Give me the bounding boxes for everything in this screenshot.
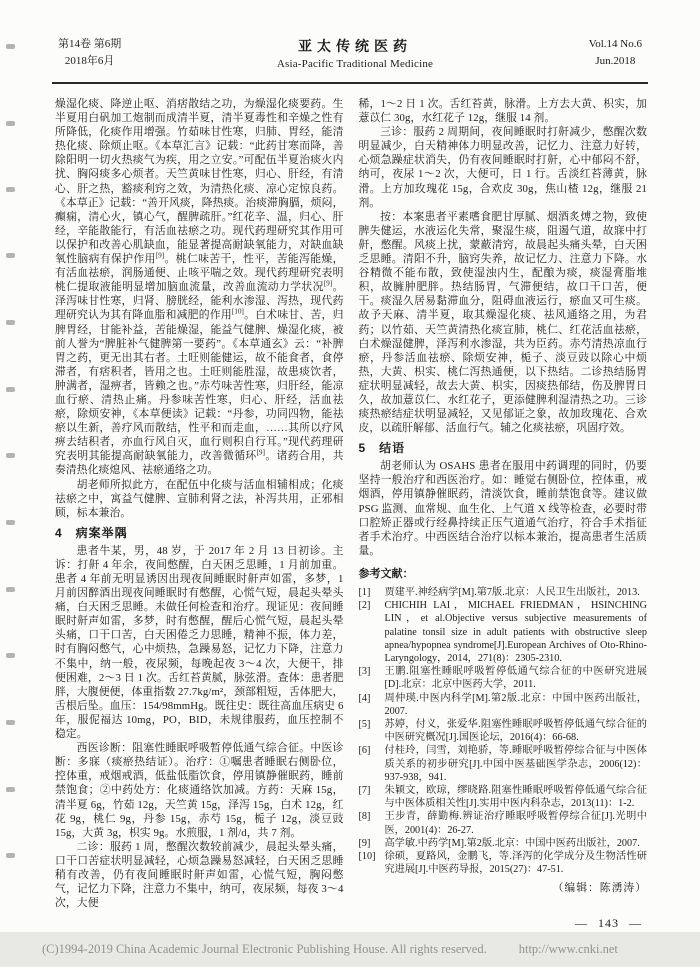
reference-text: 王步青，薛勤梅.辨证治疗睡眠呼吸暂停综合征[J].光明中医，2001(4)：26… — [385, 810, 648, 836]
reference-text: 朱颖文，欧琼，缪晓路.阻塞性睡眠呼吸暂停低通气综合征与中医体质相关性[J].实用… — [385, 784, 648, 810]
section-heading: 4 病案举隅 — [55, 524, 344, 541]
citation-superscript: [10] — [232, 308, 244, 316]
body-paragraph: 燥湿化痰、降逆止呕、消痞散结之功，为燥湿化痰要药。生半夏用白矾加工炮制而成清半夏… — [55, 97, 344, 478]
journal-title-en: Asia-Pacific Traditional Medicine — [277, 58, 433, 70]
scan-artifact — [6, 653, 15, 658]
scan-artifact — [6, 520, 15, 525]
reference-text: 徐硕，夏路风，金鹏飞，等.泽泻的化学成分及生物活性研究进展[J].中医药导报，2… — [385, 850, 648, 876]
scan-artifact — [6, 587, 15, 592]
reference-item: [6]付桂玲，闫雪，刘艳骄，等.睡眠呼吸暂停综合征与中医体质关系的初步研究[J]… — [359, 744, 648, 784]
citation-superscript: [9] — [257, 449, 265, 457]
reference-item: [2]CHICHIH LAI，MICHAEL FRIEDMAN，HSINCHIN… — [359, 599, 648, 665]
journal-title-cn: 亚太传统医药 — [277, 36, 433, 56]
reference-label: [9] — [359, 837, 385, 850]
reference-label: [8] — [359, 810, 385, 836]
scan-artifact — [6, 121, 15, 126]
header-rule — [52, 82, 648, 84]
page-number-block: — 143 — — [575, 916, 642, 931]
references-heading: 参考文献： — [359, 565, 648, 581]
header-title-block: 亚太传统医药 Asia-Pacific Traditional Medicine — [277, 36, 433, 70]
footer-bar: (C)1994-2019 China Academic Journal Elec… — [0, 932, 700, 967]
body-paragraph: 胡老师所拟此方，在配伍中化痰与活血相辅相成；化痰祛瘀之中，寓益气健脾、宣肺利肾之… — [55, 478, 344, 520]
reference-label: [1] — [359, 586, 385, 599]
scan-artifact — [6, 453, 15, 458]
scan-artifact — [6, 253, 15, 258]
header-vol-block: Vol.14 No.6 Jun.2018 — [589, 36, 642, 70]
scan-artifact — [6, 787, 15, 792]
editor-note: （编辑：陈湧涛） — [359, 880, 648, 895]
scan-artifact — [6, 720, 15, 725]
reference-item: [3]王鹏.阻塞性睡眠呼吸暂停低通气综合征的中医研究进展[D].北京：北京中医药… — [359, 665, 648, 691]
scan-artifact — [6, 44, 15, 49]
reference-label: [7] — [359, 784, 385, 810]
reference-label: [5] — [359, 718, 385, 744]
page-number: 143 — [598, 916, 619, 931]
cnki-url: http://www.cnki.net — [519, 942, 618, 957]
page-number-dash: — — [629, 916, 642, 931]
reference-item: [8]王步青，薛勤梅.辨证治疗睡眠呼吸暂停综合征[J].光明中医，2001(4)… — [359, 810, 648, 836]
section-heading: 5 结语 — [359, 439, 648, 456]
issue-date-en: Jun.2018 — [589, 53, 642, 70]
reference-text: 王鹏.阻塞性睡眠呼吸暂停低通气综合征的中医研究进展[D].北京：北京中医药大学，… — [385, 665, 648, 691]
reference-label: [6] — [359, 744, 385, 784]
article-body: 燥湿化痰、降逆止呕、消痞散结之功，为燥湿化痰要药。生半夏用白矾加工炮制而成清半夏… — [55, 97, 647, 910]
body-paragraph: 胡老师认为 OSAHS 患者在服用中药调理的同时，仍要坚持一般治疗和西医治疗。如… — [359, 459, 648, 558]
body-paragraph: 西医诊断：阻塞性睡眠呼吸暂停低通气综合征。中医诊断：多寐（痰瘀热结证）。治疗：①… — [55, 741, 344, 840]
reference-text: 付桂玲，闫雪，刘艳骄，等.睡眠呼吸暂停综合征与中医体质关系的初步研究[J].中国… — [385, 744, 648, 784]
body-paragraph: 稀，1～2 日 1 次。舌红苔黄，脉滑。上方去大黄、枳实，加薏苡仁 30g，水红… — [359, 97, 648, 125]
reference-label: [2] — [359, 599, 385, 665]
body-paragraph: 二诊：服药 1 周，憋醒次数较前减少，晨起头晕头痛，口干口苦症状明显减轻，心烦急… — [55, 840, 344, 910]
journal-header: 第14卷 第6期 2018年6月 亚太传统医药 Asia-Pacific Tra… — [58, 36, 642, 70]
reference-label: [3] — [359, 665, 385, 691]
reference-text: 贾建平.神经病学[M].第7版.北京：人民卫生出版社，2013. — [385, 586, 648, 599]
body-paragraph: 患者牛某，男，48 岁，于 2017 年 2 月 13 日初诊。主诉：打鼾 4 … — [55, 544, 344, 741]
page-number-dash: — — [575, 916, 588, 931]
scan-artifact — [6, 853, 15, 858]
reference-item: [7]朱颖文，欧琼，缪晓路.阻塞性睡眠呼吸暂停低通气综合征与中医体质相关性[J]… — [359, 784, 648, 810]
reference-text: 高学敏.中药学[M].第2版.北京：中国中医药出版社，2007. — [385, 837, 648, 850]
scan-artifact — [6, 187, 15, 192]
reference-text: CHICHIH LAI，MICHAEL FRIEDMAN，HSINCHING L… — [385, 599, 648, 665]
reference-text: 苏婷，付义，张爱华.阻塞性睡眠呼吸暂停低通气综合征的中医研究概况[J].国医论坛… — [385, 718, 648, 744]
body-paragraph: 按：本案患者平素嗜食肥甘厚腻、烟酒炙煿之物，致使脾失健运，水液运化失常，聚湿生痰… — [359, 210, 648, 436]
reference-item: [5]苏婷，付义，张爱华.阻塞性睡眠呼吸暂停低通气综合征的中医研究概况[J].国… — [359, 718, 648, 744]
scan-artifact — [6, 387, 15, 392]
reference-item: [9]高学敏.中药学[M].第2版.北京：中国中医药出版社，2007. — [359, 837, 648, 850]
volume-en: Vol.14 No.6 — [589, 36, 642, 53]
citation-superscript: [9] — [156, 251, 164, 259]
scan-artifact — [6, 320, 15, 325]
journal-page: 第14卷 第6期 2018年6月 亚太传统医药 Asia-Pacific Tra… — [0, 0, 700, 967]
copyright-text: (C)1994-2019 China Academic Journal Elec… — [42, 942, 487, 957]
reference-item: [4]周仲瑛.中医内科学[M].第2版.北京：中国中医药出版社，2007. — [359, 692, 648, 718]
reference-item: [1]贾建平.神经病学[M].第7版.北京：人民卫生出版社，2013. — [359, 586, 648, 599]
right-column: 稀，1～2 日 1 次。舌红苔黄，脉滑。上方去大黄、枳实，加薏苡仁 30g，水红… — [359, 97, 648, 910]
volume-issue: 第14卷 第6期 — [58, 36, 121, 53]
reference-label: [10] — [359, 850, 385, 876]
reference-item: [10]徐硕，夏路风，金鹏飞，等.泽泻的化学成分及生物活性研究进展[J].中医药… — [359, 850, 648, 876]
reference-label: [4] — [359, 692, 385, 718]
reference-text: 周仲瑛.中医内科学[M].第2版.北京：中国中医药出版社，2007. — [385, 692, 648, 718]
left-column: 燥湿化痰、降逆止呕、消痞散结之功，为燥湿化痰要药。生半夏用白矾加工炮制而成清半夏… — [55, 97, 344, 910]
header-issue-block: 第14卷 第6期 2018年6月 — [58, 36, 121, 70]
citation-superscript: [9] — [324, 280, 332, 288]
issue-date-cn: 2018年6月 — [58, 53, 121, 70]
body-paragraph: 三诊：服药 2 周期间，夜间睡眠时打鼾减少，憋醒次数明显减少，白天精神体力明显改… — [359, 125, 648, 210]
